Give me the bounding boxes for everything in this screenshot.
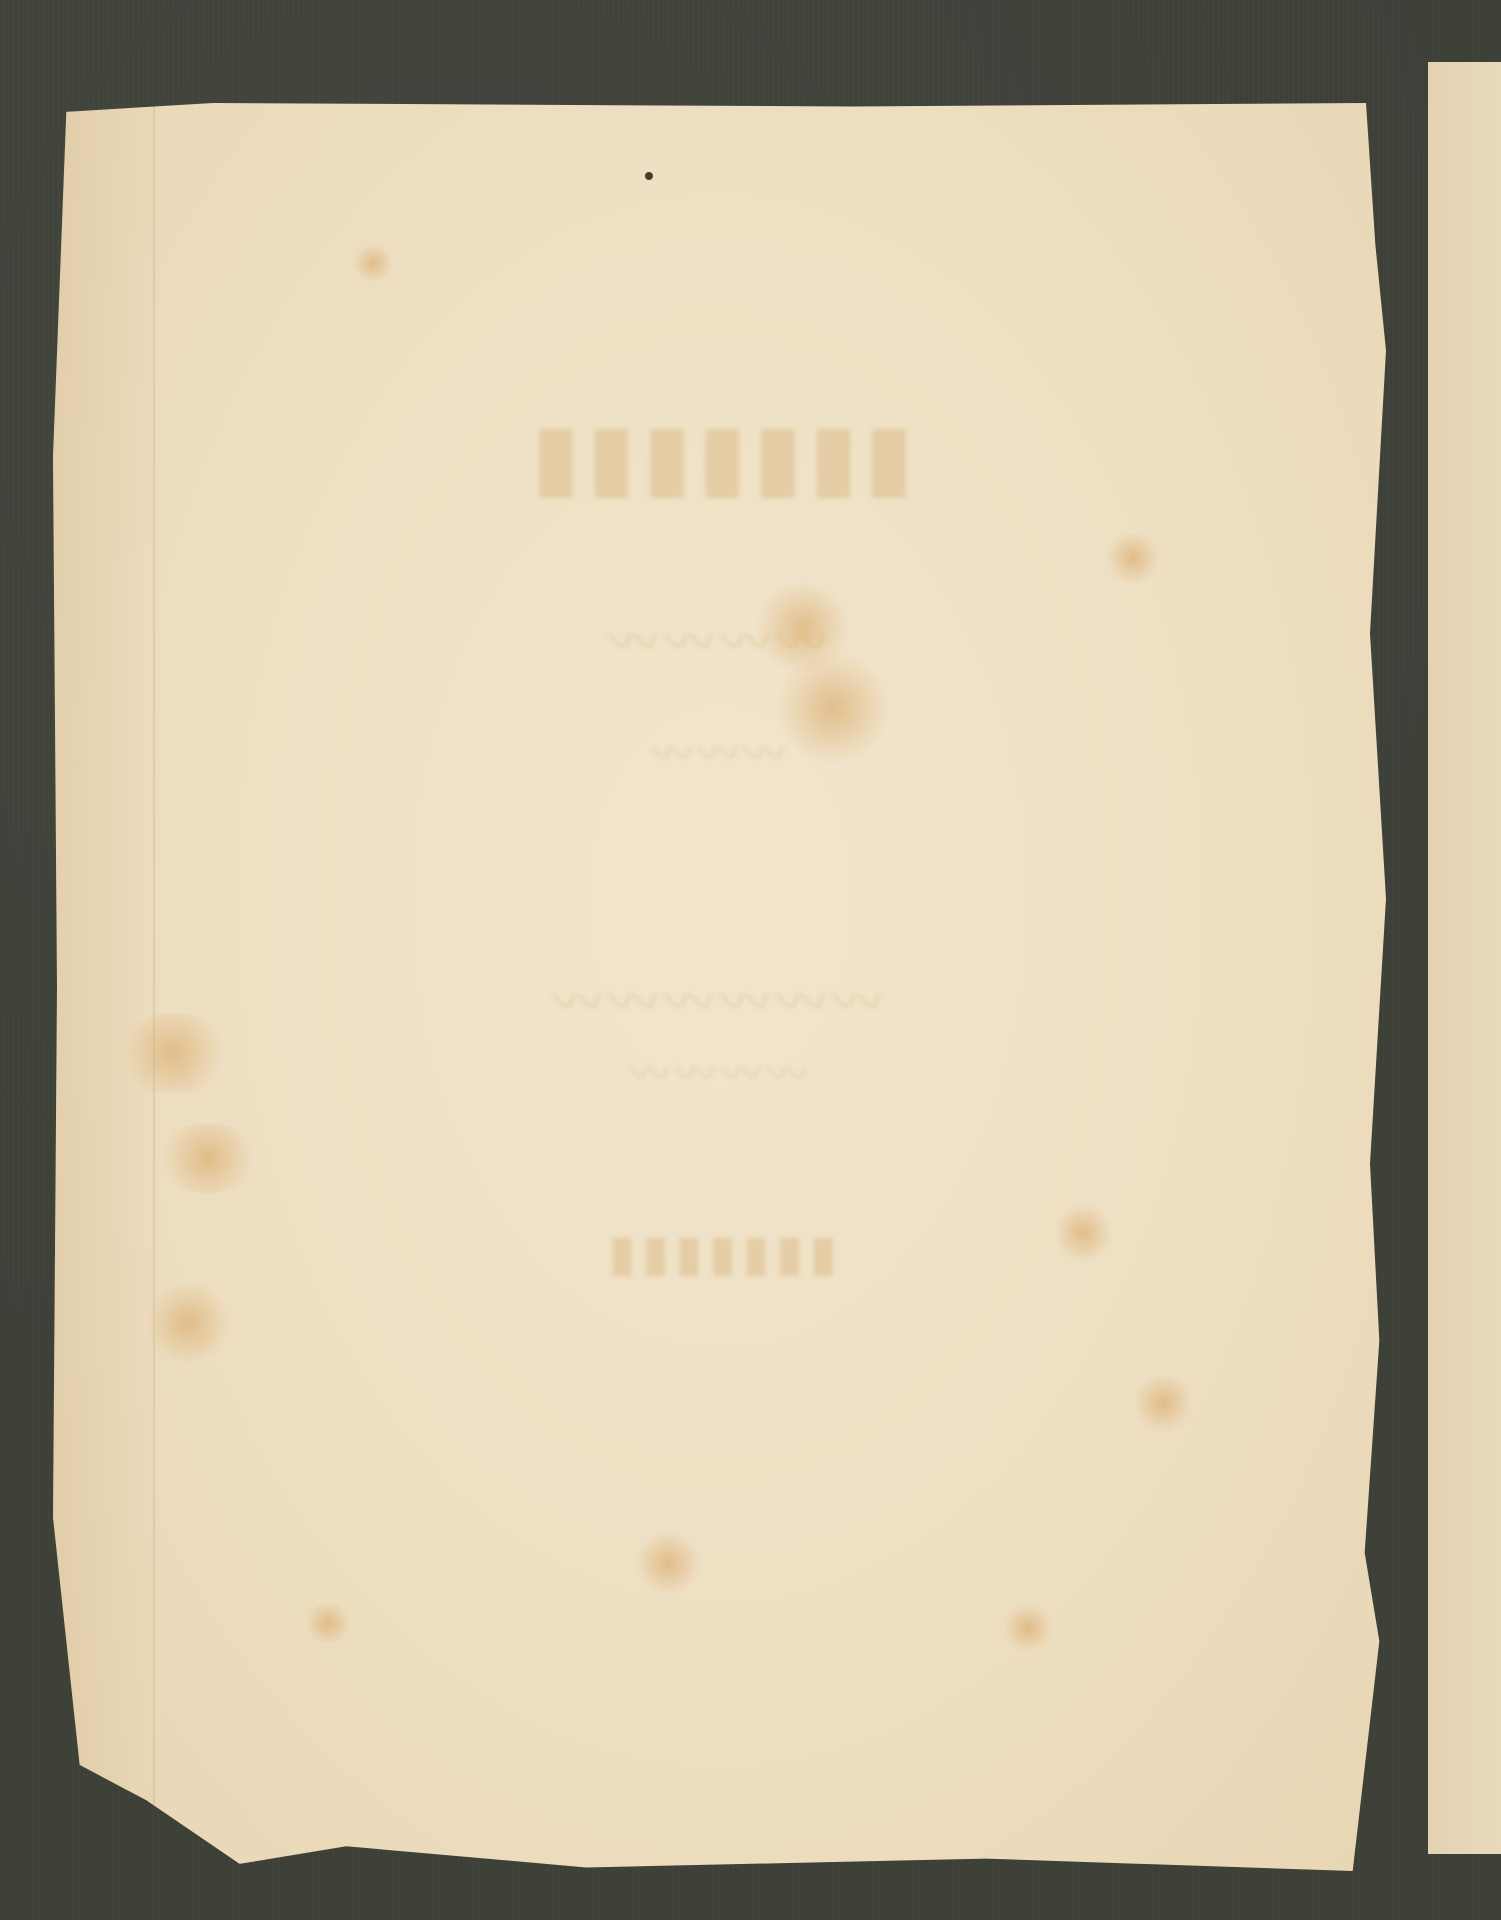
- foxing-stain: [1003, 1603, 1053, 1653]
- foxing-stain: [1053, 1203, 1113, 1263]
- ink-speck: [645, 172, 653, 180]
- foxing-stain: [633, 1533, 703, 1593]
- adjacent-sheet-edge: [1428, 62, 1501, 1854]
- foxing-stain: [353, 243, 393, 283]
- bleed-through-title: ▮▮▮▮▮▮▮: [53, 403, 1386, 513]
- bleed-through-line: 〰〰〰〰〰〰: [53, 963, 1386, 1023]
- bleed-through-line: 〰〰〰〰: [53, 1043, 1386, 1093]
- foxing-stain: [143, 1283, 233, 1363]
- foxing-stain: [113, 1013, 233, 1093]
- foxing-stain: [1103, 533, 1163, 583]
- bleed-through-line: ▮▮▮▮▮▮▮: [53, 1223, 1386, 1283]
- foxing-stain: [1133, 1373, 1193, 1433]
- bleed-through-line: 〰〰〰: [53, 723, 1386, 773]
- paper-sheet: ▮▮▮▮▮▮▮ 〰〰〰〰 〰〰〰 〰〰〰〰〰〰 〰〰〰〰 ▮▮▮▮▮▮▮: [53, 103, 1386, 1871]
- bleed-through-line: 〰〰〰〰: [53, 603, 1386, 663]
- foxing-stain: [773, 653, 893, 763]
- foxing-stain: [153, 1123, 263, 1193]
- foxing-stain: [303, 1603, 353, 1643]
